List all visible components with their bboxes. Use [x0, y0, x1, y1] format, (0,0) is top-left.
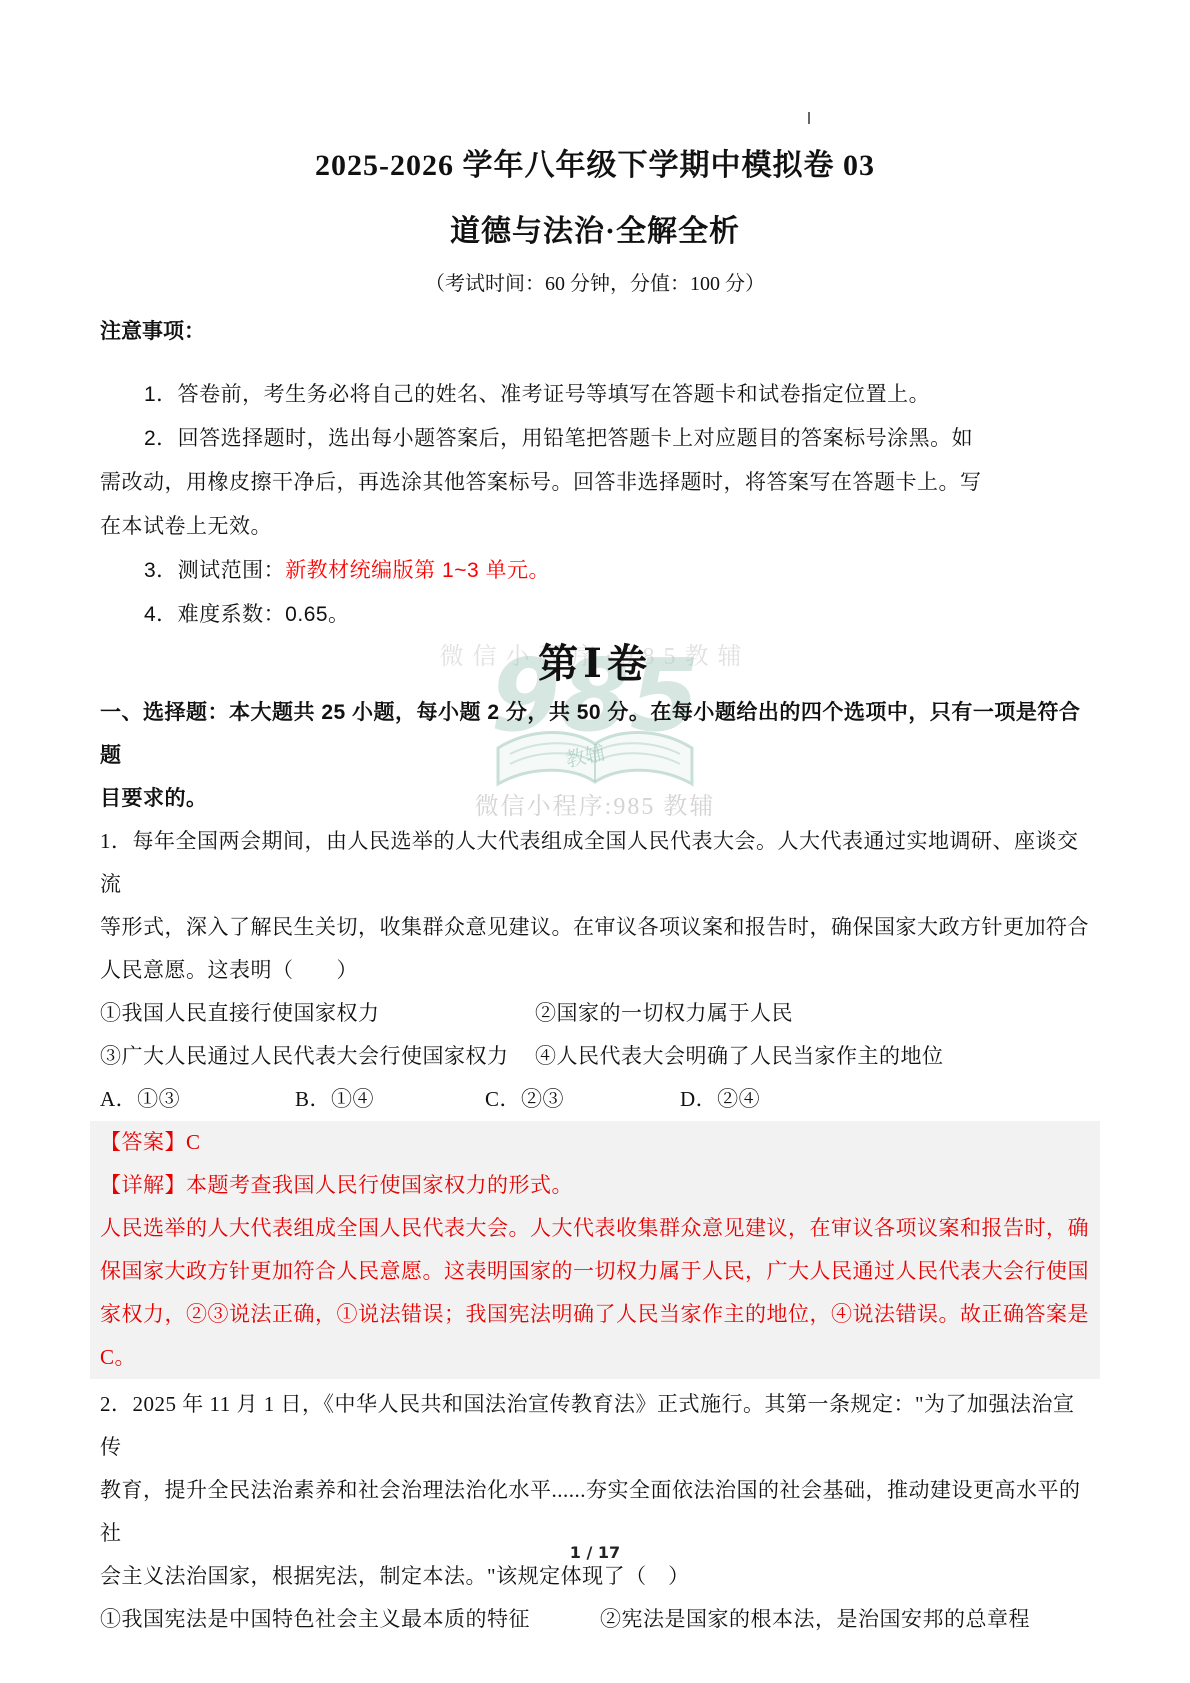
q1-option-row-1: ①我国人民直接行使国家权力 ②国家的一切权力属于人民 [100, 992, 1090, 1035]
notice-item-2-line2: 需改动，用橡皮擦干净后，再选涂其他答案标号。回答非选择题时，将答案写在答题卡上。… [100, 461, 1090, 505]
q1-option-3: ③广大人民通过人民代表大会行使国家权力 [100, 1035, 535, 1078]
q1-choice-d: D．②④ [680, 1078, 760, 1121]
q1-choices-row: A．①③ B．①④ C．②③ D．②④ [100, 1078, 1090, 1121]
exam-paper-page: 微信小程序·985教辅 985 教辅 微信小程序:985 教辅 2025-202… [0, 0, 1190, 1683]
q1-option-row-2: ③广大人民通过人民代表大会行使国家权力 ④人民代表大会明确了人民当家作主的地位 [100, 1035, 1090, 1078]
document-content: 2025-2026 学年八年级下学期中模拟卷 03 道德与法治·全解全析 （考试… [0, 0, 1190, 1641]
q2-stem-line1: 2．2025 年 11 月 1 日，《中华人民共和国法治宣传教育法》正式施行。其… [100, 1383, 1090, 1469]
notice-item-3: 3．测试范围：新教材统编版第 1~3 单元。 [100, 549, 1090, 593]
q1-stem-line1: 1．每年全国两会期间，由人民选举的人大代表组成全国人民代表大会。人大代表通过实地… [100, 820, 1090, 906]
q1-analysis-line3: 保国家大政方针更加符合人民意愿。这表明国家的一切权力属于人民，广大人民通过人民代… [100, 1250, 1090, 1293]
notice-item-4: 4．难度系数：0.65。 [100, 593, 1090, 637]
notice-item-2-line3: 在本试卷上无效。 [100, 505, 1090, 549]
scope-prefix: 3．测试范围： [144, 559, 285, 582]
q1-analysis-line4: 家权力，②③说法正确，①说法错误；我国宪法明确了人民当家作主的地位，④说法错误。… [100, 1293, 1090, 1379]
q1-stem-line2: 等形式，深入了解民生关切，收集群众意见建议。在审议各项议案和报告时，确保国家大政… [100, 906, 1090, 949]
exam-subject-title: 道德与法治·全解全析 [100, 212, 1090, 252]
q2-block: 2．2025 年 11 月 1 日，《中华人民共和国法治宣传教育法》正式施行。其… [100, 1383, 1090, 1641]
q1-choice-b: B．①④ [295, 1078, 485, 1121]
q1-analysis-line1: 【详解】本题考查我国人民行使国家权力的形式。 [100, 1164, 1090, 1207]
section-intro-line1: 一、选择题：本大题共 25 小题，每小题 2 分，共 50 分。在每小题给出的四… [100, 691, 1090, 777]
q1-stem-line3: 人民意愿。这表明（ ） [100, 949, 1090, 992]
q1-option-2: ②国家的一切权力属于人民 [535, 992, 793, 1035]
page-number: 1 / 17 [0, 1543, 1190, 1562]
scope-highlight: 新教材统编版第 1~3 单元。 [285, 559, 550, 582]
q2-option-row: ①我国宪法是中国特色社会主义最本质的特征 ②宪法是国家的根本法，是治国安邦的总章… [100, 1598, 1090, 1641]
q2-option-1: ①我国宪法是中国特色社会主义最本质的特征 [100, 1598, 600, 1641]
q1-option-1: ①我国人民直接行使国家权力 [100, 992, 535, 1035]
notice-item-2-line1: 2．回答选择题时，选出每小题答案后，用铅笔把答题卡上对应题目的答案标号涂黑。如 [100, 417, 1090, 461]
q2-option-2: ②宪法是国家的根本法，是治国安邦的总章程 [600, 1598, 1030, 1641]
q1-option-4: ④人民代表大会明确了人民当家作主的地位 [535, 1035, 944, 1078]
q1-analysis-line2: 人民选举的人大代表组成全国人民代表大会。人大代表收集群众意见建议，在审议各项议案… [100, 1207, 1090, 1250]
exam-title: 2025-2026 学年八年级下学期中模拟卷 03 [100, 0, 1090, 186]
part1-heading: 第Ⅰ卷 [100, 637, 1090, 691]
q1-answer-box: 【答案】C 【详解】本题考查我国人民行使国家权力的形式。 人民选举的人大代表组成… [90, 1121, 1100, 1379]
q1-choice-c: C．②③ [485, 1078, 680, 1121]
notice-item-1: 1．答卷前，考生务必将自己的姓名、准考证号等填写在答题卡和试卷指定位置上。 [100, 373, 1090, 417]
section-intro-line2: 目要求的。 [100, 777, 1090, 820]
q1-choice-a: A．①③ [100, 1078, 295, 1121]
q1-answer-label: 【答案】C [100, 1121, 1090, 1164]
exam-meta: （考试时间：60 分钟，分值：100 分） [100, 270, 1090, 298]
notices-heading: 注意事项： [100, 312, 1090, 352]
